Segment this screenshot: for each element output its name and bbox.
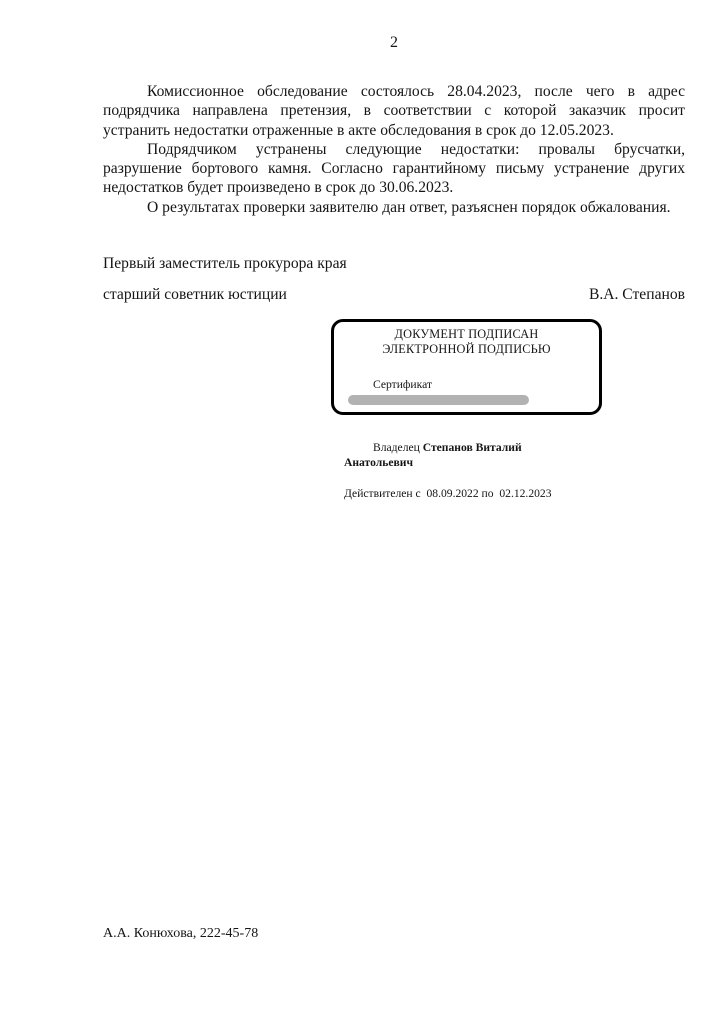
document-page: 2 Комиссионное обследование состоялось 2… — [0, 0, 725, 1024]
stamp-title-line-1: ДОКУМЕНТ ПОДПИСАН — [344, 327, 589, 342]
signature-rank-row: старший советник юстиции В.А. Степанов — [103, 285, 685, 304]
body-text-block: Комиссионное обследование состоялось 28.… — [103, 82, 685, 217]
owner-row: Владелец Степанов Виталий Анатольевич — [344, 424, 589, 486]
stamp-title: ДОКУМЕНТ ПОДПИСАН ЭЛЕКТРОННОЙ ПОДПИСЬЮ — [344, 327, 589, 357]
stamp-details: Сертификат Владелец Степанов Виталий Ана… — [344, 362, 589, 502]
owner-name: Степанов Виталий Анатольевич — [344, 441, 525, 470]
validity-row: Действителен с 08.09.2022 по 02.12.2023 — [344, 486, 589, 502]
e-signature-stamp: ДОКУМЕНТ ПОДПИСАН ЭЛЕКТРОННОЙ ПОДПИСЬЮ С… — [331, 319, 602, 415]
executor-contact: А.А. Конюхова, 222-45-78 — [103, 925, 258, 942]
signature-position-line: Первый заместитель прокурора края — [103, 254, 685, 273]
stamp-title-line-2: ЭЛЕКТРОННОЙ ПОДПИСЬЮ — [344, 342, 589, 357]
page-number: 2 — [103, 33, 685, 52]
certificate-row: Сертификат — [344, 362, 589, 424]
document-content: 2 Комиссионное обследование состоялось 2… — [103, 33, 685, 415]
body-paragraph-3: О результатах проверки заявителю дан отв… — [103, 198, 685, 217]
certificate-redaction-bar — [348, 395, 529, 405]
signature-rank: старший советник юстиции — [103, 285, 287, 304]
signature-name: В.А. Степанов — [589, 285, 685, 304]
body-paragraph-1: Комиссионное обследование состоялось 28.… — [103, 82, 685, 140]
certificate-label: Сертификат — [373, 378, 432, 391]
owner-label: Владелец — [373, 441, 423, 454]
body-paragraph-2: Подрядчиком устранены следующие недостат… — [103, 140, 685, 198]
